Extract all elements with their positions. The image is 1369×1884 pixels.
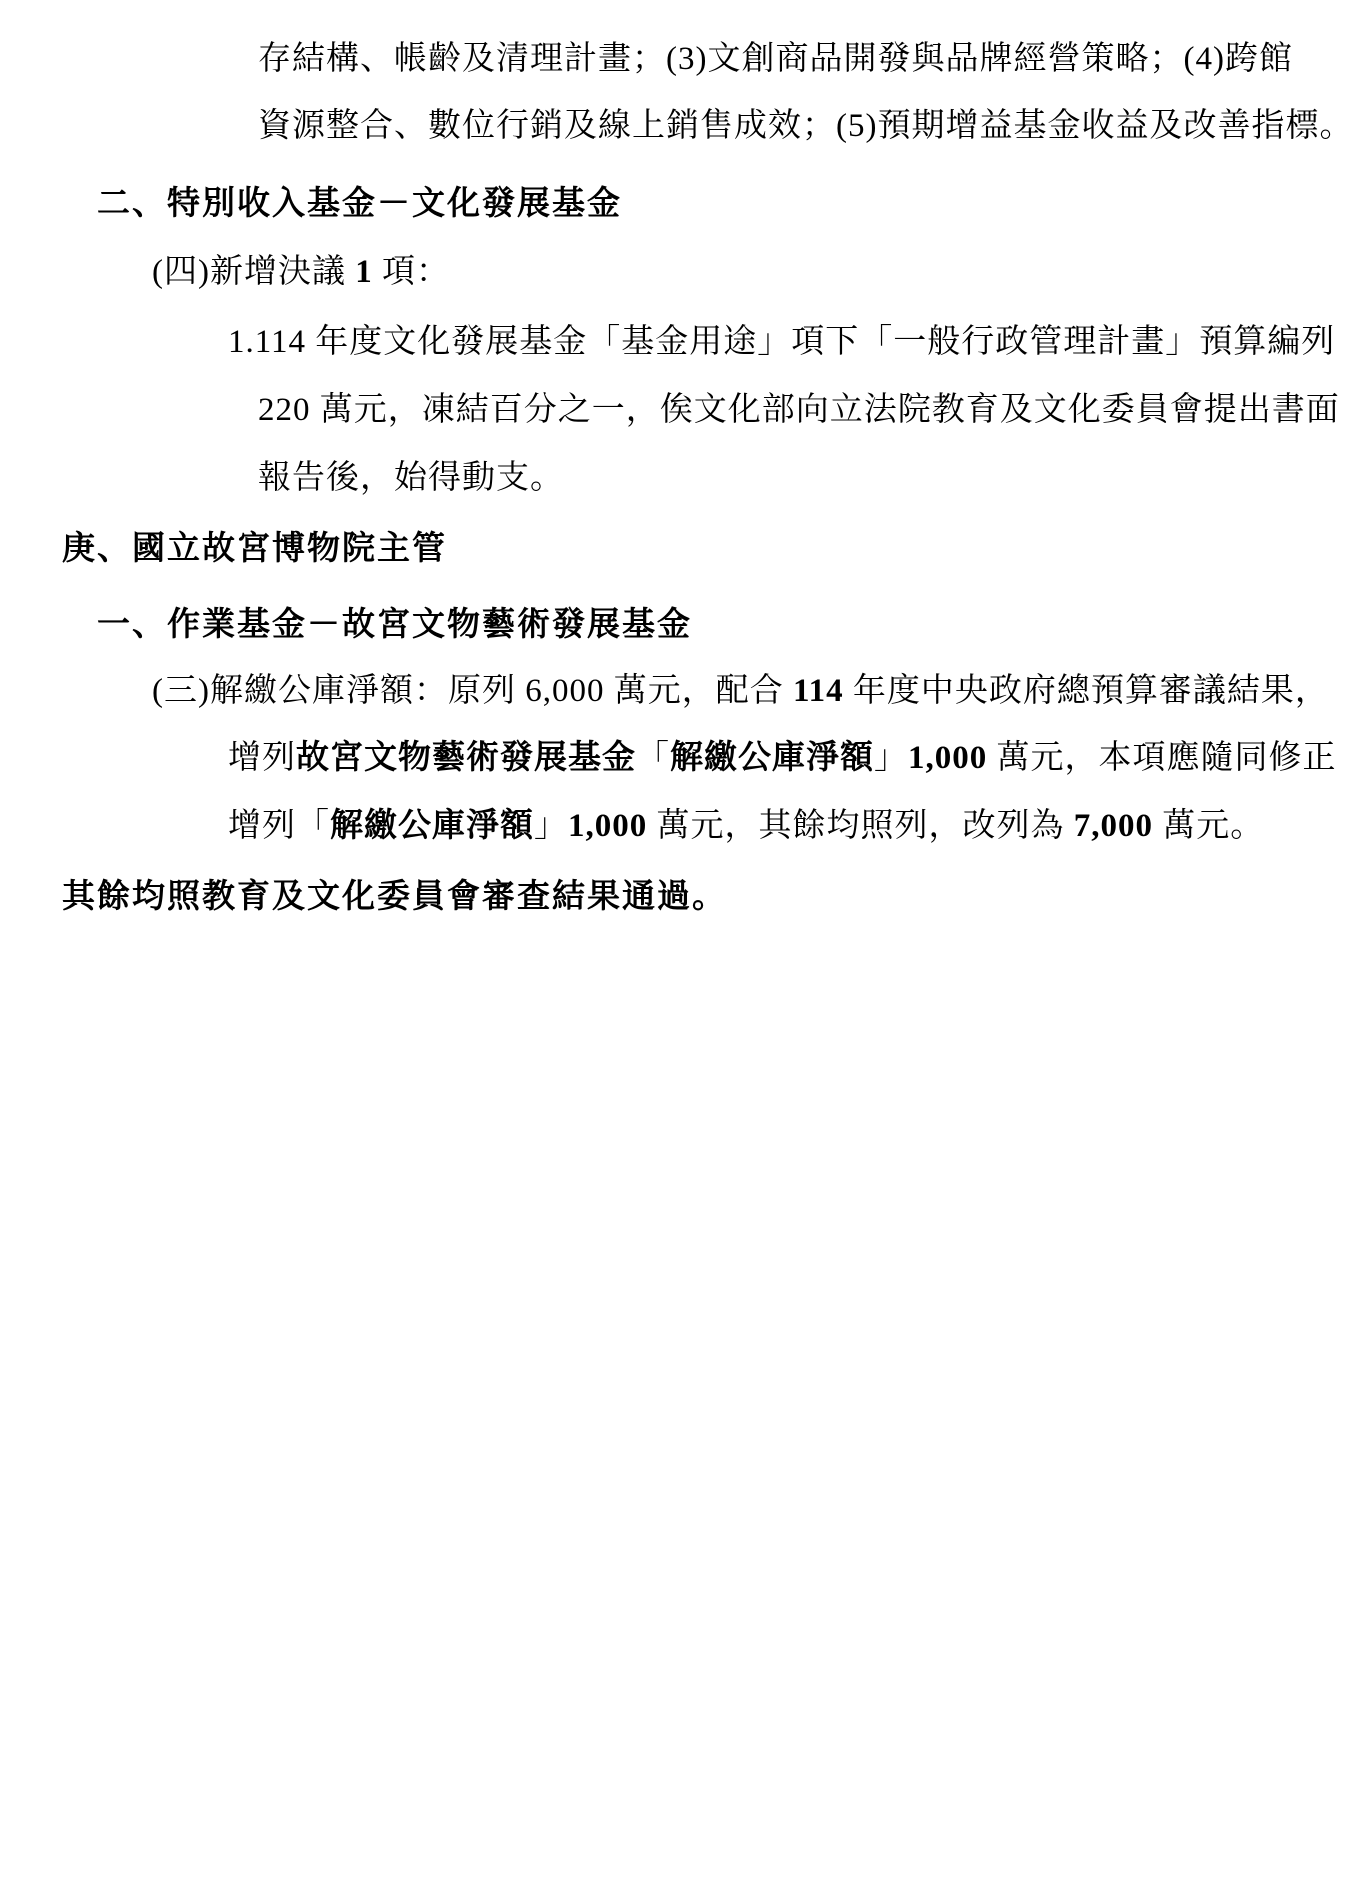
- doc-text-bold: 1,000: [908, 740, 987, 776]
- doc-text-bold: 1,000: [568, 808, 647, 844]
- section-heading-national-palace-museum: 庚、國立故宮博物院主管: [62, 529, 447, 567]
- doc-text: 1.114 年度文化發展基金「基金用途」項下「一般行政管理計畫」預算編列: [228, 324, 1335, 360]
- doc-line-continuation: 資源整合、數位行銷及線上銷售成效；(5)預期增益基金收益及改善指標。: [258, 108, 1353, 146]
- section-heading-operating-fund: 一、作業基金－故宮文物藝術發展基金: [97, 605, 692, 643]
- closing-statement: 其餘均照教育及文化委員會審查結果通過。: [62, 877, 727, 915]
- doc-text: 年度中央政府總預算審議結果，: [844, 673, 1329, 709]
- doc-text: 其餘均照教育及文化委員會審查結果通過。: [62, 877, 727, 914]
- doc-line-continuation: 增列「解繳公庫淨額」1,000 萬元，其餘均照列，改列為 7,000 萬元。: [228, 808, 1264, 846]
- doc-text: (三)解繳公庫淨額：原列 6,000 萬元，配合: [152, 673, 793, 709]
- doc-text: 增列: [228, 740, 296, 776]
- doc-line-continuation: 增列故宮文物藝術發展基金「解繳公庫淨額」1,000 萬元，本項應隨同修正: [228, 740, 1337, 778]
- doc-text-bold: 114: [793, 673, 844, 709]
- doc-text-bold: 故宮文物藝術發展基金: [296, 740, 636, 776]
- doc-text: 「: [636, 740, 670, 776]
- doc-text: 增列「: [228, 808, 330, 844]
- doc-line-continuation: 存結構、帳齡及清理計畫；(3)文創商品開發與品牌經營策略；(4)跨館: [258, 41, 1293, 79]
- doc-line-item: (三)解繳公庫淨額：原列 6,000 萬元，配合 114 年度中央政府總預算審議…: [152, 673, 1329, 711]
- doc-line-continuation: 報告後，始得動支。: [258, 460, 564, 498]
- doc-text: (四)新增決議: [152, 254, 355, 290]
- doc-text: 庚、國立故宮博物院主管: [62, 529, 447, 566]
- doc-text-bold: 7,000: [1074, 808, 1153, 844]
- doc-text: 」: [534, 808, 568, 844]
- doc-line-continuation: 220 萬元，凍結百分之一，俟文化部向立法院教育及文化委員會提出書面: [258, 392, 1340, 430]
- doc-text: 萬元，本項應隨同修正: [987, 740, 1336, 776]
- section-heading-special-revenue-fund: 二、特別收入基金－文化發展基金: [97, 184, 622, 222]
- doc-text: 資源整合、數位行銷及線上銷售成效；(5)預期增益基金收益及改善指標。: [258, 108, 1353, 144]
- document-page: 存結構、帳齡及清理計畫；(3)文創商品開發與品牌經營策略；(4)跨館 資源整合、…: [0, 0, 1369, 1884]
- doc-text: 萬元。: [1153, 808, 1264, 844]
- doc-text: 二、特別收入基金－文化發展基金: [97, 184, 622, 221]
- doc-text: 項：: [373, 254, 450, 290]
- doc-text: 220 萬元，凍結百分之一，俟文化部向立法院教育及文化委員會提出書面: [258, 392, 1340, 428]
- doc-text: 報告後，始得動支。: [258, 460, 564, 496]
- doc-line-numbered-item: 1.114 年度文化發展基金「基金用途」項下「一般行政管理計畫」預算編列: [228, 324, 1335, 362]
- doc-text: 存結構、帳齡及清理計畫；(3)文創商品開發與品牌經營策略；(4)跨館: [258, 41, 1293, 77]
- doc-text-bold: 解繳公庫淨額: [670, 740, 874, 776]
- doc-text: 一、作業基金－故宮文物藝術發展基金: [97, 605, 692, 642]
- doc-text-bold: 解繳公庫淨額: [330, 808, 534, 844]
- doc-text: 萬元，其餘均照列，改列為: [647, 808, 1074, 844]
- doc-text-bold: 1: [355, 254, 373, 290]
- doc-line-item: (四)新增決議 1 項：: [152, 254, 450, 292]
- doc-text: 」: [874, 740, 908, 776]
